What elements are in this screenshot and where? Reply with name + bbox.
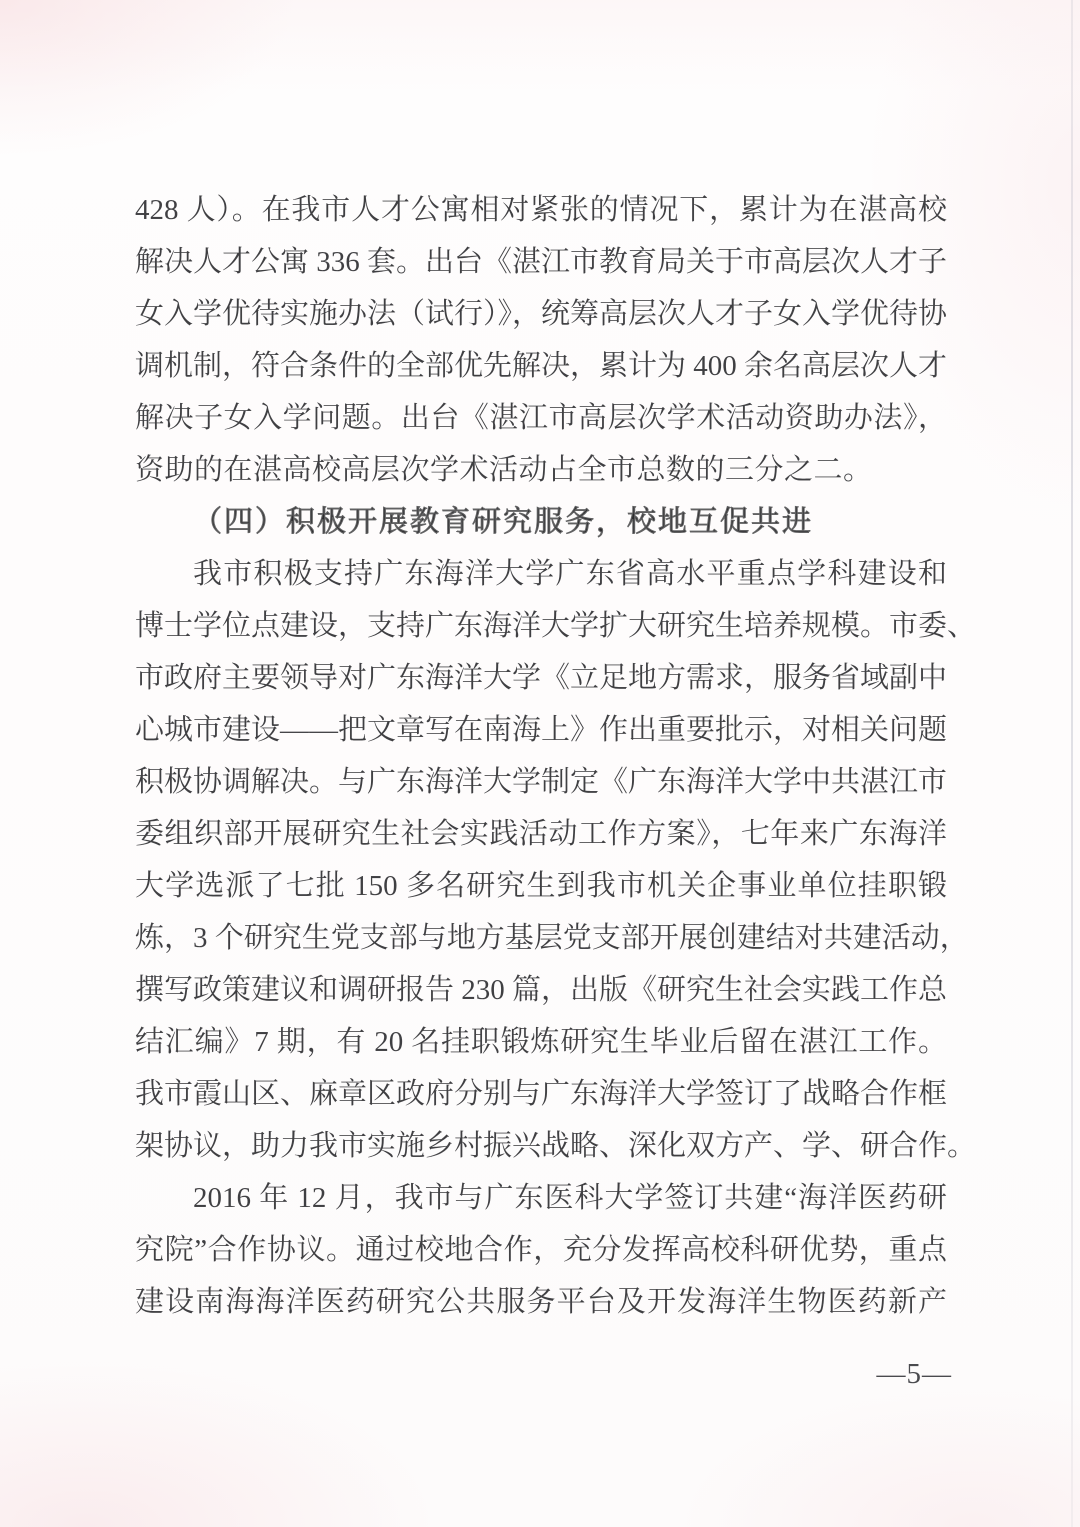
body-text-line: 建设南海海洋医药研究公共服务平台及开发海洋生物医药新产 bbox=[135, 1276, 947, 1328]
paragraph-3: 2016 年 12 月，我市与广东医科大学签订共建“海洋医药研 究院”合作协议。… bbox=[135, 1172, 947, 1328]
body-text-line: 2016 年 12 月，我市与广东医科大学签订共建“海洋医药研 bbox=[135, 1172, 947, 1224]
body-text-line: 资助的在湛高校高层次学术活动占全市总数的三分之二。 bbox=[135, 444, 947, 496]
body-text-line: 我市积极支持广东海洋大学广东省高水平重点学科建设和 bbox=[135, 548, 947, 600]
body-text-line: 炼，3 个研究生党支部与地方基层党支部开展创建结对共建活动， bbox=[135, 912, 947, 964]
body-text-line: 究院”合作协议。通过校地合作，充分发挥高校科研优势，重点 bbox=[135, 1224, 947, 1276]
paragraph-continued: 428 人）。在我市人才公寓相对紧张的情况下，累计为在湛高校 解决人才公寓 33… bbox=[135, 184, 947, 496]
paragraph-2: 我市积极支持广东海洋大学广东省高水平重点学科建设和 博士学位点建设，支持广东海洋… bbox=[135, 548, 947, 1172]
body-text-line: 女入学优待实施办法（试行）》，统筹高层次人才子女入学优待协 bbox=[135, 288, 947, 340]
body-text-line: 428 人）。在我市人才公寓相对紧张的情况下，累计为在湛高校 bbox=[135, 184, 947, 236]
body-text-line: 撰写政策建议和调研报告 230 篇，出版《研究生社会实践工作总 bbox=[135, 964, 947, 1016]
body-text-line: 大学选派了七批 150 多名研究生到我市机关企事业单位挂职锻 bbox=[135, 860, 947, 912]
page-number: —5— bbox=[877, 1352, 953, 1396]
body-text-line: 委组织部开展研究生社会实践活动工作方案》，七年来广东海洋 bbox=[135, 808, 947, 860]
body-text-line: 架协议，助力我市实施乡村振兴战略、深化双方产、学、研合作。 bbox=[135, 1120, 947, 1172]
body-text-line: 市政府主要领导对广东海洋大学《立足地方需求，服务省域副中 bbox=[135, 652, 947, 704]
body-text-line: 积极协调解决。与广东海洋大学制定《广东海洋大学中共湛江市 bbox=[135, 756, 947, 808]
scan-crease-line bbox=[1071, 0, 1073, 1527]
body-text-line: 心城市建设——把文章写在南海上》作出重要批示，对相关问题 bbox=[135, 704, 947, 756]
body-text-line: 结汇编》7 期，有 20 名挂职锻炼研究生毕业后留在湛江工作。 bbox=[135, 1016, 947, 1068]
body-text-line: 博士学位点建设，支持广东海洋大学扩大研究生培养规模。市委、 bbox=[135, 600, 947, 652]
section-heading: （四）积极开展教育研究服务，校地互促共进 bbox=[135, 496, 947, 548]
document-body: 428 人）。在我市人才公寓相对紧张的情况下，累计为在湛高校 解决人才公寓 33… bbox=[135, 184, 947, 1328]
scanned-page-background: 428 人）。在我市人才公寓相对紧张的情况下，累计为在湛高校 解决人才公寓 33… bbox=[0, 0, 1080, 1527]
body-text-line: 我市霞山区、麻章区政府分别与广东海洋大学签订了战略合作框 bbox=[135, 1068, 947, 1120]
body-text-line: 调机制，符合条件的全部优先解决，累计为 400 余名高层次人才 bbox=[135, 340, 947, 392]
body-text-line: 解决子女入学问题。出台《湛江市高层次学术活动资助办法》， bbox=[135, 392, 947, 444]
body-text-line: 解决人才公寓 336 套。出台《湛江市教育局关于市高层次人才子 bbox=[135, 236, 947, 288]
